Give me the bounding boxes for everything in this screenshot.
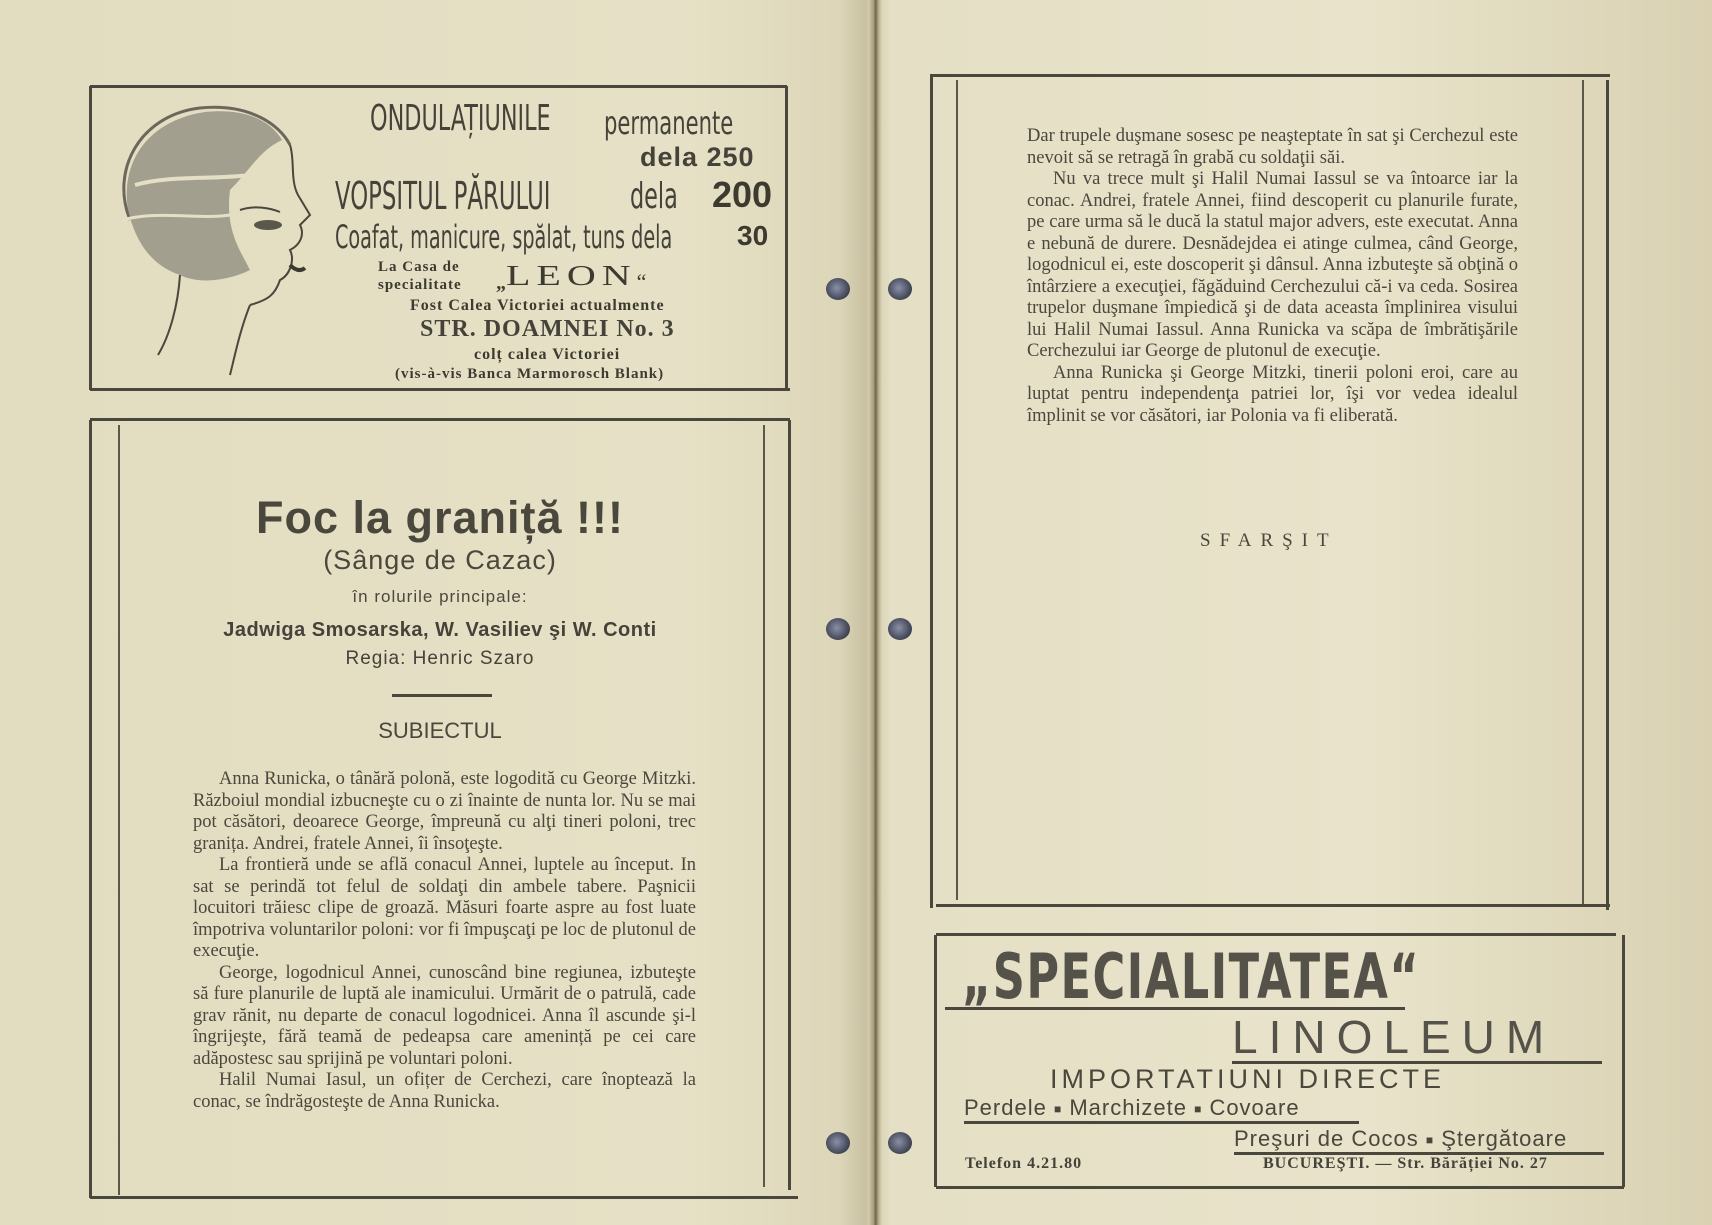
salon-line1-b: permanente bbox=[604, 104, 733, 142]
paragraph: La frontieră unde se află conacul Annei,… bbox=[193, 855, 696, 963]
former-address: Fost Calea Victoriei actualmente bbox=[410, 297, 665, 314]
product-name: LINOLEUM bbox=[1232, 1011, 1555, 1063]
underline bbox=[964, 1121, 1359, 1124]
salon-line3-b: dela bbox=[630, 176, 678, 217]
film-title: Foc la graniță !!! bbox=[256, 492, 624, 543]
store-address: BUCUREŞTI. — Str. Bărăției No. 27 bbox=[1263, 1155, 1548, 1172]
film-subtitle: (Sânge de Cazac) bbox=[323, 545, 557, 575]
open-quote: „ bbox=[496, 272, 506, 294]
salon-line3-price: 200 bbox=[712, 174, 772, 215]
section-heading: SUBIECTUL bbox=[378, 718, 501, 743]
salon-line2: dela 250 bbox=[640, 142, 755, 172]
divider bbox=[392, 694, 492, 697]
items-line-1: Perdele ■ Marchizete ■ Covoare bbox=[964, 1095, 1300, 1121]
bullet-icon: ■ bbox=[1054, 1102, 1062, 1116]
salon-line3-a: VOPSITUL PĂRULUI bbox=[335, 174, 551, 218]
woman-profile-illustration bbox=[100, 100, 325, 380]
phone: Telefon 4.21.80 bbox=[965, 1155, 1082, 1172]
item: Ştergătoare bbox=[1441, 1126, 1567, 1151]
casa-label-2: specialitate bbox=[378, 276, 462, 294]
item: Covoare bbox=[1209, 1095, 1299, 1120]
close-quote: “ bbox=[637, 269, 647, 294]
punch-hole bbox=[826, 1132, 850, 1154]
salon-line1-a: ONDULAȚIUNILE bbox=[370, 98, 551, 139]
tagline: IMPORTATIUNI DIRECTE bbox=[1050, 1064, 1445, 1094]
paragraph: Dar trupele duşmane sosesc pe neaşteptat… bbox=[1027, 126, 1518, 169]
salon-corner: colț calea Victoriei bbox=[474, 346, 620, 363]
page-spine bbox=[868, 0, 882, 1225]
brand-leon: LEON bbox=[506, 259, 637, 292]
salon-line4-price: 30 bbox=[737, 220, 768, 251]
items-line-2: Preşuri de Cocos ■ Ştergătoare bbox=[1234, 1126, 1567, 1152]
paragraph: Halil Numai Iasul, un ofițer de Cerchezi… bbox=[193, 1070, 696, 1113]
punch-hole bbox=[888, 278, 912, 300]
paragraph: Anna Runicka, o tânără polonă, este logo… bbox=[193, 769, 696, 855]
casa-label-1: La Casa de bbox=[378, 258, 462, 276]
punch-hole bbox=[826, 278, 850, 300]
bullet-icon: ■ bbox=[1426, 1133, 1434, 1147]
film-cast: Jadwiga Smosarska, W. Vasiliev şi W. Con… bbox=[223, 619, 656, 641]
end-mark: SFARŞIT bbox=[1200, 530, 1338, 551]
roles-label: în rolurile principale: bbox=[352, 587, 527, 606]
punch-hole bbox=[888, 618, 912, 640]
store-name: „SPECIALITATEA“ bbox=[962, 940, 1420, 1013]
paragraph: George, logodnicul Annei, cunoscând bine… bbox=[193, 963, 696, 1071]
item: Perdele bbox=[964, 1095, 1047, 1120]
punch-hole bbox=[888, 1132, 912, 1154]
item: Marchizete bbox=[1069, 1095, 1187, 1120]
salon-line4-a: Coafat, manicure, spălat, tuns dela bbox=[335, 218, 672, 256]
bullet-icon: ■ bbox=[1194, 1102, 1202, 1116]
paragraph: Nu va trece mult şi Halil Numai Iassul s… bbox=[1027, 169, 1518, 363]
salon-landmark: (vis-à-vis Banca Marmorosch Blank) bbox=[395, 366, 664, 382]
salon-address: STR. DOAMNEI No. 3 bbox=[420, 316, 675, 342]
paragraph: Anna Runicka şi George Mitzki, tinerii p… bbox=[1027, 363, 1518, 428]
synopsis-text: Anna Runicka, o tânără polonă, este logo… bbox=[193, 769, 696, 1113]
story-text: Dar trupele duşmane sosesc pe neaşteptat… bbox=[1027, 126, 1518, 427]
punch-hole bbox=[826, 618, 850, 640]
item: Preşuri de Cocos bbox=[1234, 1126, 1419, 1151]
film-director: Regia: Henric Szaro bbox=[345, 648, 534, 669]
